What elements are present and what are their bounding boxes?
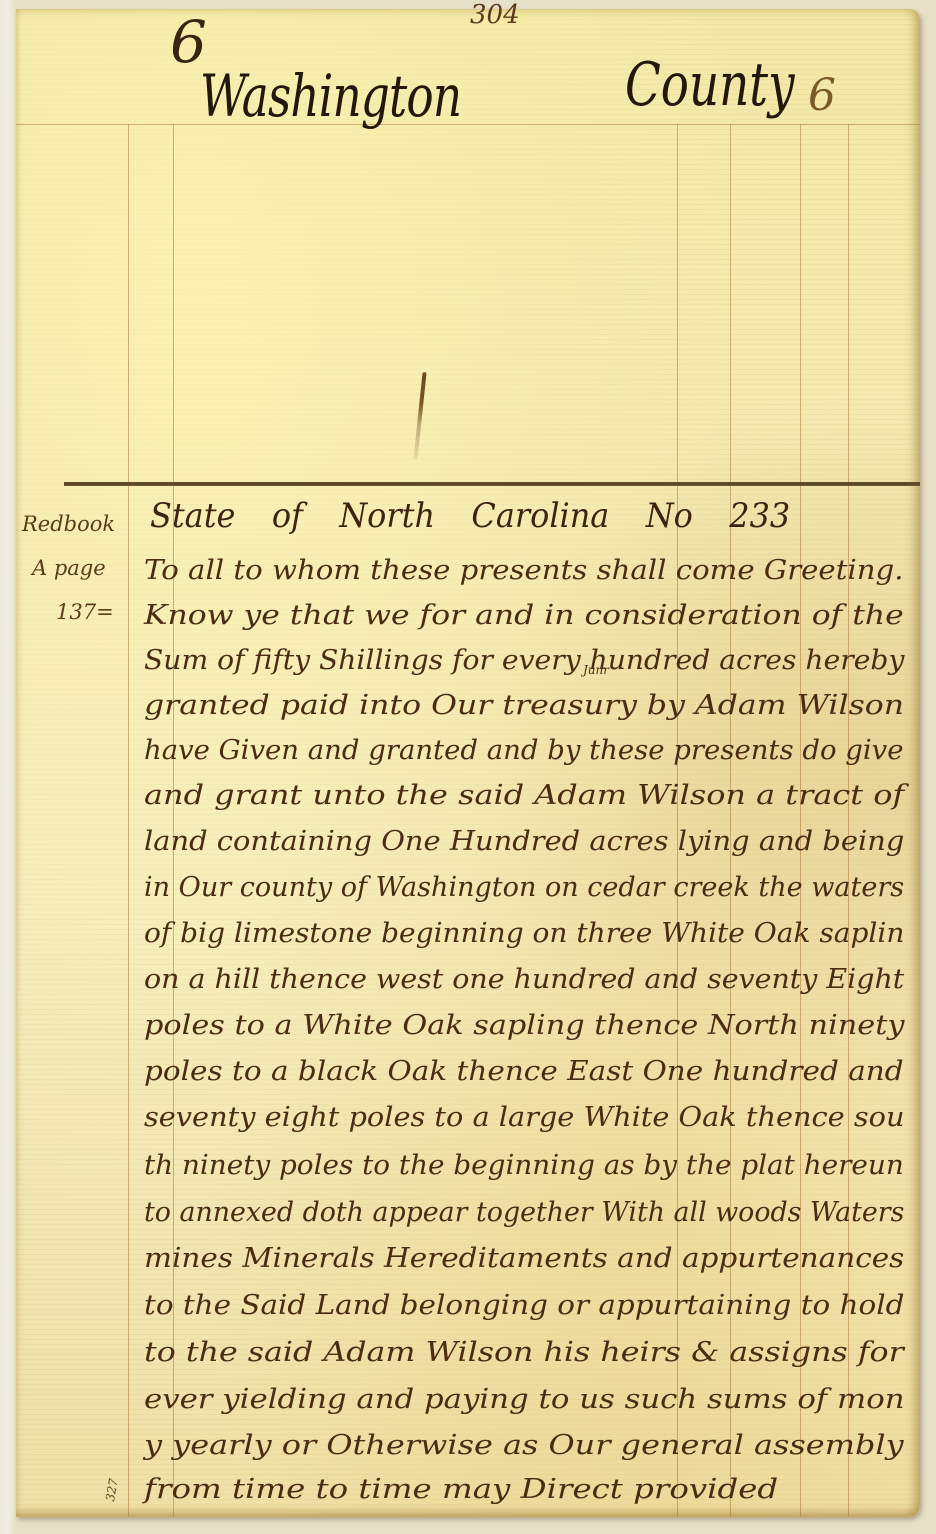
document-line: poles to a black Oak thence East One hun…	[144, 1056, 904, 1087]
document-line: Sum of fifty Shillings for every hundred…	[144, 645, 904, 676]
document-line: to the Said Land belonging or appurtaini…	[144, 1290, 904, 1321]
margin-note-line-2: A page	[32, 556, 106, 580]
document-line: of big limestone beginning on three Whit…	[144, 918, 904, 949]
margin-note-line-3: 137=	[56, 600, 114, 624]
document-line: th ninety poles to the beginning as by t…	[144, 1150, 904, 1181]
document-line: y yearly or Otherwise as Our general ass…	[144, 1430, 904, 1461]
document-line: land containing One Hundred acres lying …	[144, 826, 904, 857]
document-line: seventy eight poles to a large White Oak…	[144, 1102, 904, 1133]
document-line: have Given and granted and by these pres…	[144, 735, 903, 766]
document-line: in Our county of Washington on cedar cre…	[144, 872, 904, 903]
document-line: To all to whom these presents shall come…	[144, 555, 904, 586]
margin-note-line-1: Redbook	[22, 512, 115, 536]
page-number: 304	[470, 0, 520, 30]
document-line: to the said Adam Wilson his heirs & assi…	[144, 1337, 904, 1368]
document-line: poles to a White Oak sapling thence Nort…	[144, 1010, 905, 1041]
document-title: State of North Carolina No 233	[150, 496, 790, 536]
document-line: on a hill thence west one hundred and se…	[144, 964, 904, 995]
document-line: from time to time may Direct provided	[144, 1474, 778, 1505]
county-name-heading: Washington	[200, 62, 461, 130]
margin-rule-outer	[128, 124, 129, 1517]
document-line: and grant unto the said Adam Wilson a tr…	[144, 780, 904, 811]
document-line: Know ye that we for and in consideration…	[144, 600, 904, 631]
document-line: mines Minerals Hereditaments and appurte…	[144, 1243, 904, 1274]
section-divider	[64, 482, 920, 486]
header-rule	[16, 124, 920, 125]
document-line: granted paid into Our treasury by Adam W…	[144, 690, 904, 721]
county-word-heading: County	[625, 50, 795, 120]
document-line: ever yielding and paying to us such sums…	[144, 1384, 905, 1415]
header-flourish-right: 6	[808, 70, 836, 121]
document-line: to annexed doth appear together With all…	[144, 1197, 904, 1228]
